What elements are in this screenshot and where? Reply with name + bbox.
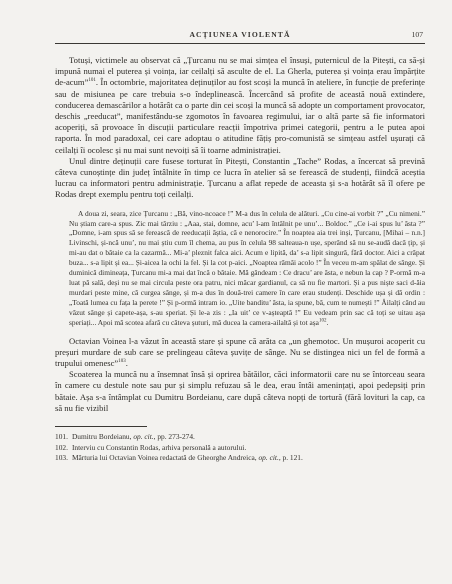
book-page: ACȚIUNEA VIOLENTĂ 107 Totuși, victimele …	[0, 0, 452, 584]
page-header: ACȚIUNEA VIOLENTĂ 107	[55, 30, 425, 44]
paragraph-rodas: Unul dintre deținuții care fusese tortur…	[55, 156, 425, 201]
page-number: 107	[412, 30, 423, 39]
footnote-text: Interviu cu Constantin Rodas, arhiva per…	[72, 443, 246, 452]
footnote-101: 101.Dumitru Bordeianu, op. cit., pp. 273…	[55, 432, 425, 443]
footnote-number: 101.	[55, 432, 68, 441]
paragraph-voinea: Octavian Voinea l-a văzut în această sta…	[55, 336, 425, 370]
block-quote-rodas-testimony: A doua zi, seara, zice Țurcanu : „Bă, vi…	[69, 209, 425, 328]
paragraph-scoaterea: Scoaterea la muncă nu a însemnat însă și…	[55, 369, 425, 414]
footnote-text: Dumitru Bordeianu, op. cit., pp. 273-274…	[72, 432, 195, 441]
paragraph-totusi: Totuși, victimele au observat că „Țurcan…	[55, 55, 425, 156]
footnote-number: 103.	[55, 453, 68, 462]
footnote-separator	[55, 426, 147, 427]
footnote-102: 102.Interviu cu Constantin Rodas, arhiva…	[55, 443, 425, 454]
running-title: ACȚIUNEA VIOLENTĂ	[55, 30, 425, 39]
footnote-text: Mărturia lui Octavian Voinea redactată d…	[72, 453, 303, 462]
footnotes-section: 101.Dumitru Bordeianu, op. cit., pp. 273…	[55, 426, 425, 464]
footnote-number: 102.	[55, 443, 68, 452]
footnote-103: 103.Mărturia lui Octavian Voinea redacta…	[55, 453, 425, 464]
